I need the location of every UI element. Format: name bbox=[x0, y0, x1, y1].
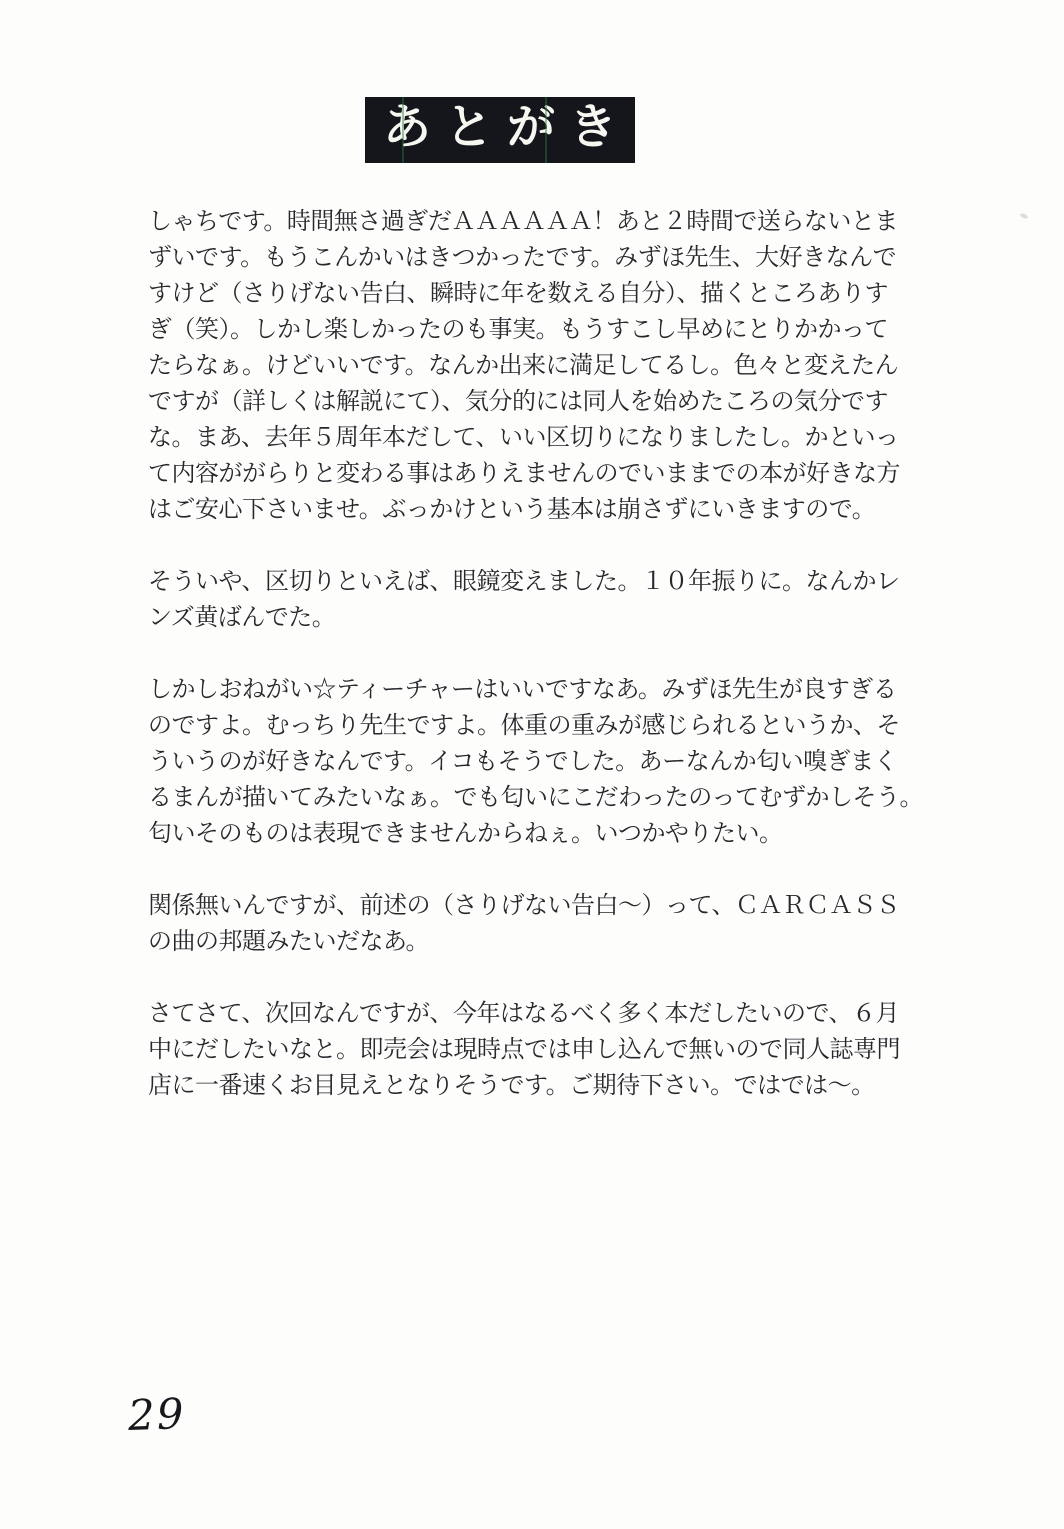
text-line: はご安心下さいませ。ぶっかけという基本は崩さずにいきますので。 bbox=[148, 492, 938, 528]
page-title: あとがき bbox=[383, 104, 631, 156]
afterword-body: しゃちです。時間無さ過ぎだＡＡＡＡＡＡ！あと２時間で送らないとま ずいです。もう… bbox=[148, 204, 938, 1140]
text-line: 匂いそのものは表現できませんからねぇ。いつかやりたい。 bbox=[148, 816, 938, 852]
text-line: 中にだしたいなと。即売会は現時点では申し込んで無いので同人誌専門 bbox=[148, 1032, 938, 1068]
text-line: ぎ（笑）。しかし楽しかったのも事実。もうすこし早めにとりかかって bbox=[148, 312, 938, 348]
text-line: な。まあ、去年５周年本だして、いい区切りになりましたし。かといっ bbox=[148, 420, 938, 456]
paragraph-4: 関係無いんですが、前述の（さりげない告白～）って、ＣＡＲＣＡＳＳ の曲の邦題みた… bbox=[148, 888, 938, 960]
text-line: て内容ががらりと変わる事はありえませんのでいままでの本が好きな方 bbox=[148, 456, 938, 492]
text-line: ずいです。もうこんかいはきつかったです。みずほ先生、大好きなんで bbox=[148, 240, 938, 276]
text-line: さてさて、次回なんですが、今年はなるべく多く本だしたいので、６月 bbox=[148, 996, 938, 1032]
scan-artifact-line bbox=[545, 97, 547, 163]
text-line: のですよ。むっちり先生ですよ。体重の重みが感じられるというか、そ bbox=[148, 708, 938, 744]
text-line: 店に一番速くお目見えとなりそうです。ご期待下さい。ではでは～。 bbox=[148, 1068, 938, 1104]
text-line: の曲の邦題みたいだなあ。 bbox=[148, 924, 938, 960]
scan-artifact-line bbox=[402, 97, 404, 163]
text-line: るまんが描いてみたいなぁ。でも匂いにこだわったのってむずかしそう。 bbox=[148, 780, 938, 816]
text-line: そういや、区切りといえば、眼鏡変えました。１０年振りに。なんかレ bbox=[148, 564, 938, 600]
text-line: ういうのが好きなんです。イコもそうでした。あーなんか匂い嗅ぎまく bbox=[148, 744, 938, 780]
paragraph-1: しゃちです。時間無さ過ぎだＡＡＡＡＡＡ！あと２時間で送らないとま ずいです。もう… bbox=[148, 204, 938, 528]
paragraph-3: しかしおねがい☆ティーチャーはいいですなあ。みずほ先生が良すぎる のですよ。むっ… bbox=[148, 672, 938, 852]
scan-smudge bbox=[1020, 212, 1029, 219]
page-number: 29 bbox=[127, 1389, 186, 1440]
afterword-title-banner: あとがき bbox=[365, 97, 635, 163]
text-line: たらなぁ。けどいいです。なんか出来に満足してるし。色々と変えたん bbox=[148, 348, 938, 384]
text-line: しかしおねがい☆ティーチャーはいいですなあ。みずほ先生が良すぎる bbox=[148, 672, 938, 708]
paragraph-5: さてさて、次回なんですが、今年はなるべく多く本だしたいので、６月 中にだしたいな… bbox=[148, 996, 938, 1104]
text-line: ですが（詳しくは解説にて）、気分的には同人を始めたころの気分です bbox=[148, 384, 938, 420]
text-line: 関係無いんですが、前述の（さりげない告白～）って、ＣＡＲＣＡＳＳ bbox=[148, 888, 938, 924]
text-line: しゃちです。時間無さ過ぎだＡＡＡＡＡＡ！あと２時間で送らないとま bbox=[148, 204, 938, 240]
text-line: ンズ黄ばんでた。 bbox=[148, 600, 938, 636]
text-line: すけど（さりげない告白、瞬時に年を数える自分）、描くところありす bbox=[148, 276, 938, 312]
paragraph-2: そういや、区切りといえば、眼鏡変えました。１０年振りに。なんかレ ンズ黄ばんでた… bbox=[148, 564, 938, 636]
scanned-afterword-page: あとがき しゃちです。時間無さ過ぎだＡＡＡＡＡＡ！あと２時間で送らないとま ずい… bbox=[0, 0, 1064, 1529]
